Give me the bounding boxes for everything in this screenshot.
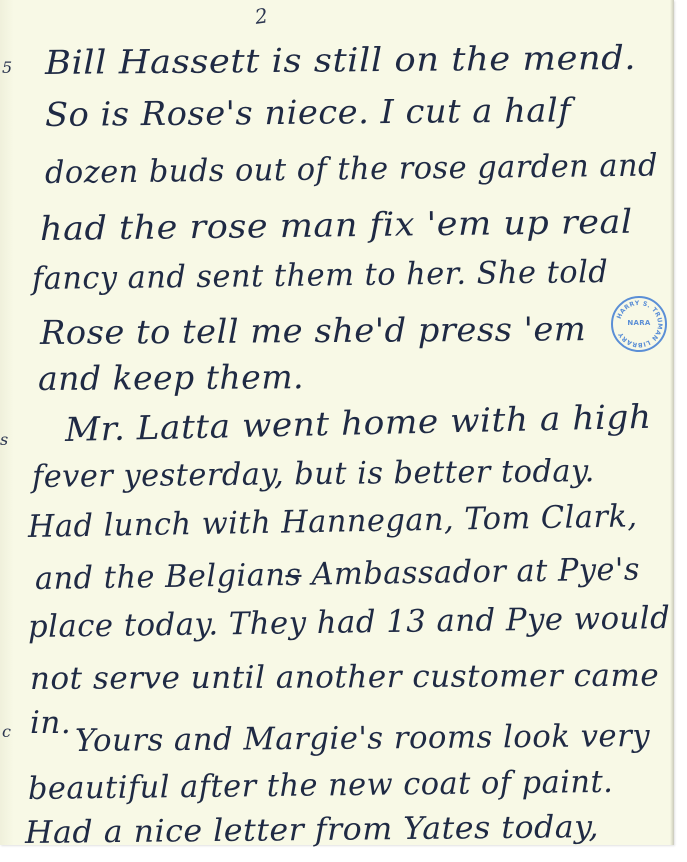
letter-line: and the Belgians Ambassador at Pye's	[35, 554, 640, 594]
letter-line: place today. They had 13 and Pye would	[28, 603, 671, 643]
letter-line: fever yesterday, but is better today.	[32, 456, 595, 493]
letter-line: not serve until another customer came	[30, 661, 659, 695]
letter-line: in.	[30, 708, 71, 739]
library-stamp: HARRY S. TRUMAN LIBRARY NARA	[611, 296, 667, 352]
stamp-center-text: NARA	[613, 319, 665, 327]
margin-mark: s	[0, 430, 8, 449]
letter-text: Ambassador at Pye's	[301, 551, 640, 592]
letter-line: beautiful after the new coat of paint.	[28, 767, 614, 805]
letter-line: Yours and Margie's rooms look very	[75, 721, 650, 757]
letter-line: Had a nice letter from Yates today,	[25, 812, 599, 849]
letter-line: Rose to tell me she'd press 'em	[40, 312, 587, 349]
letter-line: and keep them.	[38, 360, 304, 395]
letter-line: So is Rose's niece. I cut a half	[45, 93, 571, 131]
letter-line: dozen buds out of the rose garden and	[45, 151, 658, 189]
letter-line: Mr. Latta went home with a high	[65, 400, 652, 446]
letter-line: Bill Hassett is still on the mend.	[45, 41, 636, 79]
letter-line: fancy and sent them to her. She told	[32, 257, 609, 295]
letter-text: and the Belgian	[35, 557, 286, 597]
scanned-page: 2 5 s c Bill Hassett is still on the men…	[0, 0, 687, 862]
struck-out-text: s	[285, 557, 302, 593]
letter-line: Had lunch with Hannegan, Tom Clark,	[28, 501, 638, 543]
page-number: 2	[253, 3, 269, 29]
letter-line: had the rose man fix 'em up real	[40, 205, 633, 245]
letter-paper: 2 5 s c Bill Hassett is still on the men…	[0, 0, 674, 845]
margin-mark: c	[2, 722, 11, 741]
margin-mark: 5	[2, 58, 12, 77]
